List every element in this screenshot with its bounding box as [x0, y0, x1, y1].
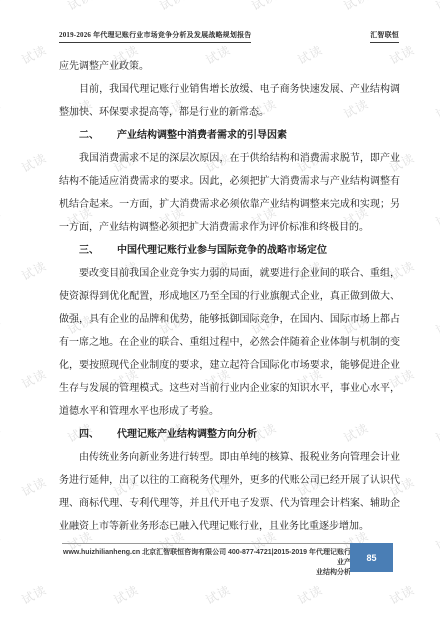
content: 应先调整产业政策。目前，我国代理记账行业销售增长放缓、电子商务快速发展、产业结构…	[59, 55, 400, 538]
watermark-text: 试读	[295, 581, 326, 608]
document-page: 试读试读试读试读试读试读试读试读试读试读试读试读试读试读试读试读试读试读试读试读…	[0, 0, 440, 620]
watermark-text: 试读	[65, 0, 96, 14]
watermark-text: 试读	[0, 0, 3, 14]
section-title: 中国代理记账行业参与国际竞争的战略市场定位	[117, 245, 327, 256]
paragraph: 我国消费需求不足的深层次原因，在于供给结构和消费需求脱节，即产业结构不能适应消费…	[59, 147, 400, 239]
footer-line-1: www.huizhilianheng.cn 北京汇智联恒咨询有限公司 400-8…	[59, 548, 351, 568]
watermark-text: 试读	[19, 365, 50, 392]
watermark-text: 试读	[111, 581, 142, 608]
paragraph: 目前，我国代理记账行业销售增长放缓、电子商务快速发展、产业结构调整加快、环保要求…	[59, 78, 400, 124]
watermark-text: 试读	[19, 473, 50, 500]
section-heading: 二、产业结构调整中消费者需求的引导因素	[59, 124, 400, 147]
watermark-text: 试读	[341, 0, 372, 14]
watermark-text: 试读	[203, 581, 234, 608]
watermark-text: 试读	[19, 149, 50, 176]
section-number: 二、	[79, 130, 99, 141]
watermark-text: 试读	[433, 419, 440, 446]
section-heading: 三、中国代理记账行业参与国际竞争的战略市场定位	[59, 239, 400, 262]
section-title: 代理记账产业结构调整方向分析	[117, 429, 257, 440]
section-number: 三、	[79, 245, 99, 256]
footer-line-2: 业结构分析	[59, 568, 351, 578]
watermark-text: 试读	[0, 527, 3, 554]
watermark-text: 试读	[19, 257, 50, 284]
watermark-text: 试读	[0, 419, 3, 446]
page-header: 2019-2026 年代理记账行业市场竞争分析及发展战略规划报告 汇智联恒	[59, 30, 399, 43]
section-heading: 四、代理记账产业结构调整方向分析	[59, 423, 400, 446]
footer-info: www.huizhilianheng.cn 北京汇智联恒咨询有限公司 400-8…	[59, 548, 351, 578]
page-number: 85	[366, 553, 376, 563]
page-number-badge: 85	[350, 543, 393, 572]
header-title: 2019-2026 年代理记账行业市场竞争分析及发展战略规划报告	[59, 30, 251, 43]
watermark-text: 试读	[433, 95, 440, 122]
watermark-text: 试读	[19, 581, 50, 608]
paragraph: 由传统业务向新业务进行转型。即由单纯的核算、报税业务向管理会计业务进行延伸，出了…	[59, 446, 400, 538]
header-brand: 汇智联恒	[370, 30, 399, 43]
watermark-text: 试读	[433, 203, 440, 230]
watermark-text: 试读	[433, 0, 440, 14]
watermark-text: 试读	[433, 311, 440, 338]
watermark-text: 试读	[0, 203, 3, 230]
watermark-text: 试读	[433, 527, 440, 554]
watermark-text: 试读	[387, 581, 418, 608]
watermark-text: 试读	[0, 311, 3, 338]
watermark-text: 试读	[0, 95, 3, 122]
section-title: 产业结构调整中消费者需求的引导因素	[117, 130, 287, 141]
watermark-text: 试读	[157, 0, 188, 14]
paragraph: 应先调整产业政策。	[59, 55, 400, 78]
watermark-text: 试读	[19, 41, 50, 68]
footer-separator	[62, 543, 350, 544]
paragraph: 要改变目前我国企业竞争实力弱的局面，就要进行企业间的联合、重组，使资源得到优化配…	[59, 262, 400, 423]
watermark-text: 试读	[249, 0, 280, 14]
section-number: 四、	[79, 429, 99, 440]
